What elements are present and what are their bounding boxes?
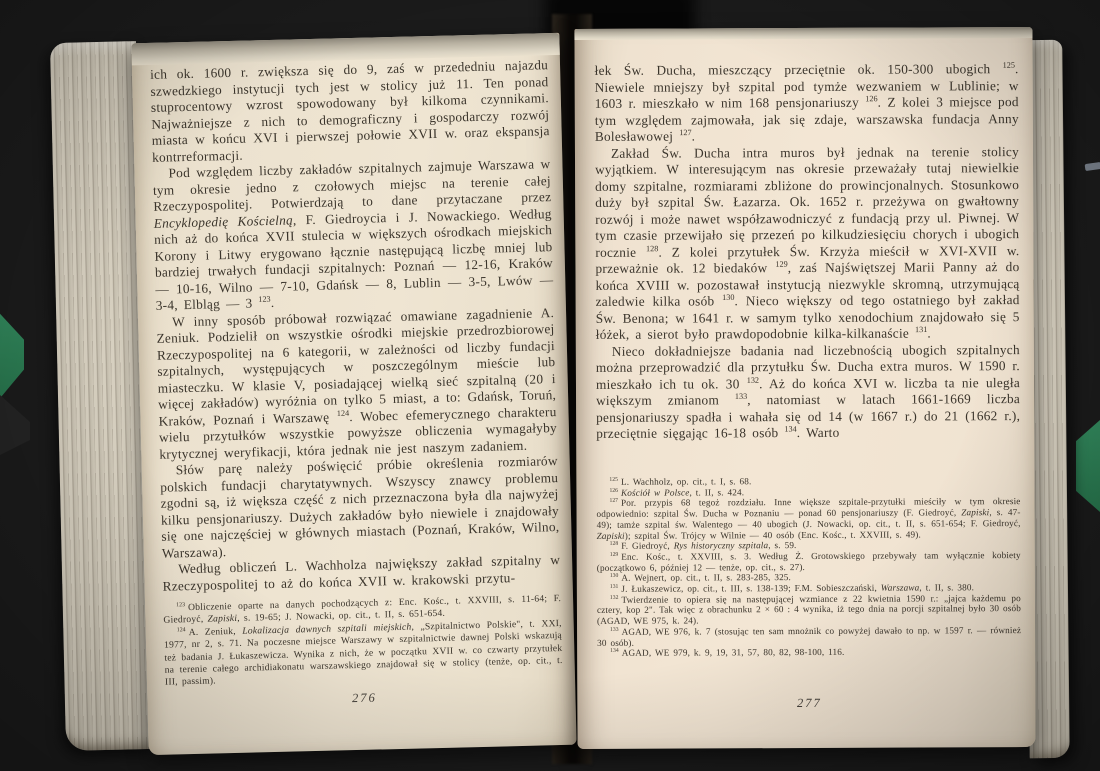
footnote-number: 128 bbox=[610, 541, 619, 547]
book-stand-edge-left bbox=[0, 395, 30, 455]
paragraph: Nieco dokładniejsze badania nad liczebno… bbox=[596, 342, 1020, 443]
footnote-reference: 126 bbox=[865, 94, 877, 103]
left-page-body-text: ich ok. 1600 r. zwiększa się do 9, zaś w… bbox=[150, 57, 561, 595]
right-page-top-edge bbox=[574, 27, 1032, 40]
footnote: 129Enc. Kośc., t. XXVIII, s. 3. Według Ż… bbox=[597, 550, 1021, 573]
left-page: ich ok. 1600 r. zwiększa się do 9, zaś w… bbox=[131, 33, 576, 755]
footnote-number: 132 bbox=[610, 594, 619, 600]
footnote-number: 133 bbox=[610, 627, 619, 633]
footnote: 127Por. przypis 68 tegoż rozdziału. Inne… bbox=[596, 496, 1020, 541]
footnote-reference: 123 bbox=[258, 295, 271, 304]
paragraph: ich ok. 1600 r. zwiększa się do 9, zaś w… bbox=[150, 57, 550, 166]
right-page-body-text: łek Św. Ducha, mieszczący przeciętnie ok… bbox=[595, 61, 1021, 442]
book-stand-strip-left bbox=[0, 308, 24, 404]
paragraph: Zakład Św. Ducha intra muros był jednak … bbox=[595, 144, 1020, 344]
footnote-number: 124 bbox=[177, 627, 186, 633]
footnote: 132Twierdzenie to opiera się na następuj… bbox=[597, 593, 1021, 627]
left-page-number: 276 bbox=[165, 686, 563, 711]
book-photo-scene: ich ok. 1600 r. zwiększa się do 9, zaś w… bbox=[0, 0, 1100, 771]
right-page-number: 277 bbox=[597, 695, 1021, 712]
book-stand-strip-right bbox=[1076, 420, 1100, 512]
footnote-number: 123 bbox=[176, 602, 185, 608]
footnote: 133AGAD, WE 976, k. 7 (stosując ten sam … bbox=[597, 625, 1021, 648]
footnote-number: 126 bbox=[609, 487, 618, 493]
footnote-reference: 134 bbox=[784, 425, 796, 434]
footnote-number: 127 bbox=[609, 498, 618, 504]
footnote-number: 134 bbox=[610, 648, 619, 654]
paragraph: Pod względem liczby zakładów szpitalnych… bbox=[152, 156, 554, 314]
footnote-reference: 127 bbox=[679, 128, 691, 137]
right-page: łek Św. Ducha, mieszczący przeciętnie ok… bbox=[574, 27, 1035, 749]
footnote-reference: 125 bbox=[1003, 61, 1015, 70]
footnote-reference: 130 bbox=[722, 293, 734, 302]
footnote-reference: 124 bbox=[337, 408, 350, 417]
footnote-reference: 129 bbox=[775, 260, 787, 269]
paragraph: łek Św. Ducha, mieszczący przeciętnie ok… bbox=[595, 61, 1019, 145]
footnote-number: 129 bbox=[610, 552, 619, 558]
footnote-reference: 131 bbox=[915, 325, 927, 334]
right-page-footnotes: 125L. Wachholz, op. cit., t. I, s. 68.12… bbox=[596, 475, 1021, 659]
background-mark bbox=[1085, 162, 1100, 171]
footnote-number: 131 bbox=[610, 584, 619, 590]
footnote-reference: 128 bbox=[646, 244, 658, 253]
footnote-number: 125 bbox=[609, 477, 618, 483]
left-page-footnotes: 123Obliczenie oparte na danych pochodząc… bbox=[163, 593, 563, 690]
footnote-number: 130 bbox=[610, 573, 619, 579]
paragraph: Słów parę należy poświęcić próbie określ… bbox=[160, 453, 560, 562]
footnote-reference: 132 bbox=[747, 375, 759, 384]
paragraph: W inny sposób próbował rozwiązać omawian… bbox=[156, 305, 558, 463]
footnote-reference: 133 bbox=[735, 392, 747, 401]
footnote: 124A. Zeniuk, Lokalizacja dawnych szpita… bbox=[164, 618, 563, 690]
footnote: 134AGAD, WE 979, k. 9, 19, 31, 57, 80, 8… bbox=[597, 646, 1021, 659]
